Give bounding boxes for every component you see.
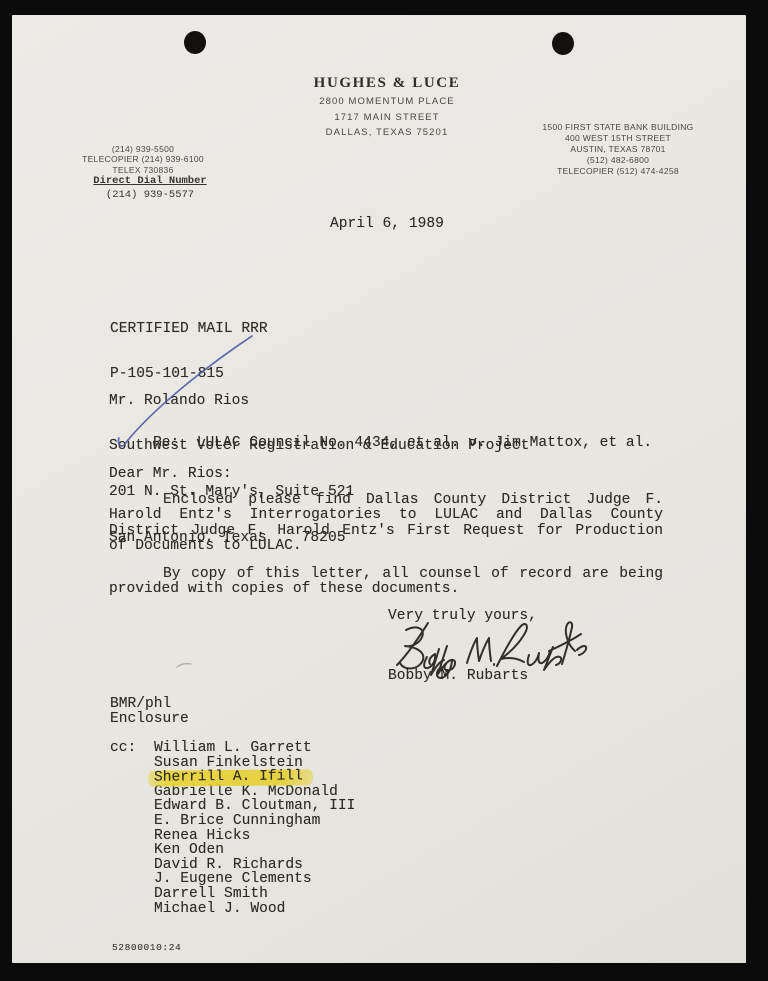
- body-line: Enclosed please find Dallas County Distr…: [109, 493, 663, 508]
- austin-office-line: TELECOPIER (512) 474-4258: [490, 166, 746, 177]
- cc-label: cc:: [110, 741, 136, 756]
- typist-initials: BMR/phl: [110, 697, 189, 712]
- austin-office-block: 1500 FIRST STATE BANK BUILDING 400 WEST …: [490, 122, 746, 177]
- signature-name: Bobby M. Rubarts: [388, 669, 528, 684]
- salutation: Dear Mr. Rios:: [109, 467, 232, 482]
- body-line: of Documents to LULAC.: [109, 539, 663, 554]
- austin-office-line: AUSTIN, TEXAS 78701: [490, 144, 746, 155]
- reference-block: BMR/phl Enclosure: [110, 697, 189, 728]
- subject-line: Re: LULAC Council No. 4434, et al. v. Ji…: [153, 436, 652, 451]
- austin-office-line: 1500 FIRST STATE BANK BUILDING: [490, 122, 746, 133]
- cc-name: E. Brice Cunningham: [154, 813, 320, 829]
- date-line: April 6, 1989: [330, 217, 444, 232]
- austin-office-line: 400 WEST 15TH STREET: [490, 133, 746, 144]
- direct-dial-number: (214) 939-5577: [20, 188, 280, 202]
- enclosure-note: Enclosure: [110, 712, 189, 727]
- direct-dial-label: Direct Dial Number: [20, 174, 280, 188]
- letterhead-address-line: 2800 MOMENTUM PLACE: [28, 94, 746, 110]
- austin-office-line: (512) 482-6800: [490, 155, 746, 166]
- recipient-line: Mr. Rolando Rios: [109, 394, 529, 409]
- cc-name: Ken Oden: [154, 842, 224, 858]
- body-line: By copy of this letter, all counsel of r…: [109, 567, 663, 582]
- body-paragraph-2: By copy of this letter, all counsel of r…: [109, 567, 663, 598]
- scanned-letter-page: HUGHES & LUCE 2800 MOMENTUM PLACE 1717 M…: [0, 0, 768, 981]
- document-number: 52800010:24: [112, 942, 181, 953]
- cc-name: William L. Garrett: [154, 740, 312, 756]
- cc-name: Edward B. Cloutman, III: [154, 798, 355, 814]
- firm-name: HUGHES & LUCE: [28, 75, 746, 92]
- valediction: Very truly yours,: [388, 609, 537, 624]
- paper-sheet: HUGHES & LUCE 2800 MOMENTUM PLACE 1717 M…: [12, 15, 746, 963]
- cc-name: Michael J. Wood: [154, 901, 285, 917]
- cc-name-list: William L. Garrett Susan Finkelstein She…: [154, 741, 355, 916]
- cc-name-highlighted: Sherrill A. Ifill: [148, 769, 313, 786]
- body-line: Harold Entz's Interrogatories to LULAC a…: [109, 508, 663, 523]
- body-line: provided with copies of these documents.: [109, 582, 663, 597]
- hole-punch-right: [552, 32, 574, 55]
- cc-name: J. Eugene Clements: [154, 871, 312, 887]
- body-paragraph-1: Enclosed please find Dallas County Distr…: [109, 493, 663, 554]
- body-line: District Judge F. Harold Entz's First Re…: [109, 524, 663, 539]
- hole-punch-left: [184, 31, 206, 54]
- cc-name: Darrell Smith: [154, 886, 268, 902]
- certified-mail-line: CERTIFIED MAIL RRR: [110, 322, 268, 337]
- dallas-contact-block: (214) 939-5500 TELECOPIER (214) 939-6100…: [12, 144, 274, 175]
- dallas-phone-line: (214) 939-5500: [12, 144, 274, 154]
- pencil-mark: [177, 664, 191, 667]
- direct-dial-block: Direct Dial Number (214) 939-5577: [20, 174, 280, 202]
- dallas-telecopier-line: TELECOPIER (214) 939-6100: [12, 154, 274, 164]
